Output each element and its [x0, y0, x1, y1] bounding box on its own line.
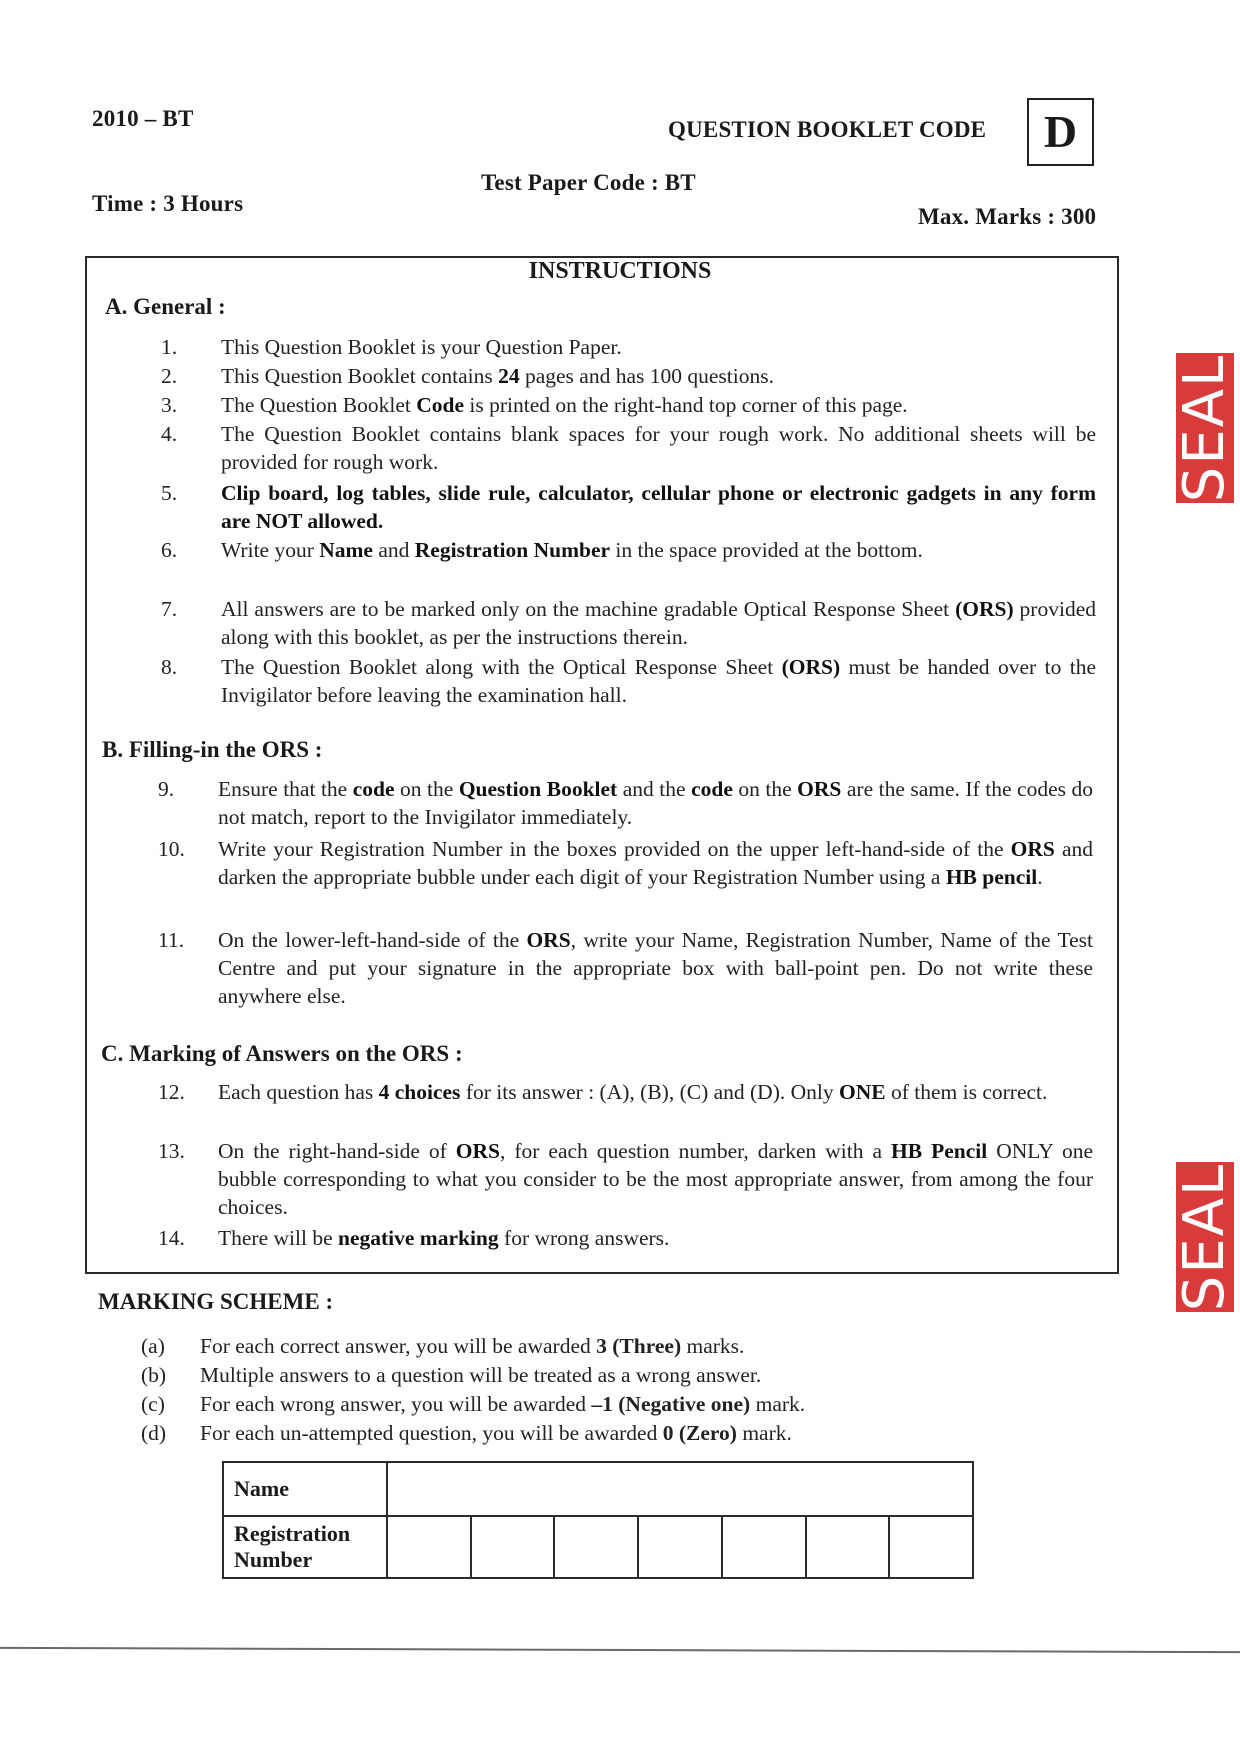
- instruction-number: 11.: [158, 926, 198, 954]
- instruction-text: The Question Booklet contains blank spac…: [221, 420, 1096, 476]
- instruction-number: 3.: [161, 391, 201, 419]
- instruction-number: 12.: [158, 1078, 198, 1106]
- scheme-text: Multiple answers to a question will be t…: [200, 1361, 761, 1390]
- instruction-number: 10.: [158, 835, 198, 863]
- instructions-title: INSTRUCTIONS: [0, 258, 1240, 285]
- instruction-number: 2.: [161, 362, 201, 390]
- instruction-number: 14.: [158, 1224, 198, 1252]
- section-heading: B. Filling-in the ORS :: [102, 737, 322, 763]
- scheme-text: For each correct answer, you will be awa…: [200, 1332, 744, 1361]
- scheme-text: For each un-attempted question, you will…: [200, 1419, 792, 1448]
- booklet-code: D: [1027, 98, 1094, 166]
- scheme-label: (d): [141, 1419, 191, 1448]
- test-paper-code: Test Paper Code : BT: [481, 170, 696, 196]
- marking-scheme-heading: MARKING SCHEME :: [98, 1289, 333, 1315]
- candidate-details-table: Name Registration Number: [222, 1461, 974, 1579]
- instruction-number: 9.: [158, 775, 198, 803]
- instruction-text: Each question has 4 choices for its answ…: [218, 1078, 1093, 1106]
- registration-digit-box[interactable]: [387, 1516, 471, 1578]
- instruction-text: There will be negative marking for wrong…: [218, 1224, 1093, 1252]
- instruction-number: 1.: [161, 333, 201, 361]
- scheme-label: (a): [141, 1332, 191, 1361]
- instruction-text: On the lower-left-hand-side of the ORS, …: [218, 926, 1093, 1010]
- registration-digit-box[interactable]: [722, 1516, 806, 1578]
- seal-sticker-top: SEAL: [1176, 353, 1234, 503]
- seal-sticker-bottom: SEAL: [1176, 1162, 1234, 1312]
- registration-digit-box[interactable]: [638, 1516, 722, 1578]
- instruction-text: All answers are to be marked only on the…: [221, 595, 1096, 651]
- instruction-text: The Question Booklet along with the Opti…: [221, 653, 1096, 709]
- section-heading: C. Marking of Answers on the ORS :: [101, 1041, 463, 1067]
- instruction-text: Clip board, log tables, slide rule, calc…: [221, 479, 1096, 535]
- paper-id: 2010 – BT: [92, 106, 193, 132]
- name-label: Name: [223, 1462, 387, 1516]
- max-marks: Max. Marks : 300: [918, 204, 1096, 230]
- registration-digit-box[interactable]: [471, 1516, 555, 1578]
- scheme-text: For each wrong answer, you will be award…: [200, 1390, 805, 1419]
- scheme-label: (c): [141, 1390, 191, 1419]
- scheme-label: (b): [141, 1361, 191, 1390]
- instruction-number: 4.: [161, 420, 201, 448]
- seal-label: SEAL: [1177, 1163, 1233, 1311]
- instruction-text: This Question Booklet contains 24 pages …: [221, 362, 1096, 390]
- instruction-number: 8.: [161, 653, 201, 681]
- bottom-divider: [0, 1647, 1240, 1653]
- registration-digit-box[interactable]: [889, 1516, 973, 1578]
- seal-label: SEAL: [1177, 354, 1233, 502]
- instruction-text: On the right-hand-side of ORS, for each …: [218, 1137, 1093, 1221]
- instruction-text: Ensure that the code on the Question Boo…: [218, 775, 1093, 831]
- instruction-number: 7.: [161, 595, 201, 623]
- section-heading: A. General :: [105, 294, 226, 320]
- instruction-text: Write your Name and Registration Number …: [221, 536, 1096, 564]
- booklet-code-label: QUESTION BOOKLET CODE: [668, 117, 986, 143]
- registration-label: Registration Number: [223, 1516, 387, 1578]
- time-allowed: Time : 3 Hours: [92, 191, 243, 217]
- registration-digit-box[interactable]: [806, 1516, 890, 1578]
- instruction-number: 13.: [158, 1137, 198, 1165]
- name-field[interactable]: [387, 1462, 973, 1516]
- instruction-number: 5.: [161, 479, 201, 507]
- instruction-text: The Question Booklet Code is printed on …: [221, 391, 1096, 419]
- instruction-text: This Question Booklet is your Question P…: [221, 333, 1096, 361]
- instruction-text: Write your Registration Number in the bo…: [218, 835, 1093, 891]
- registration-digit-box[interactable]: [554, 1516, 638, 1578]
- instruction-number: 6.: [161, 536, 201, 564]
